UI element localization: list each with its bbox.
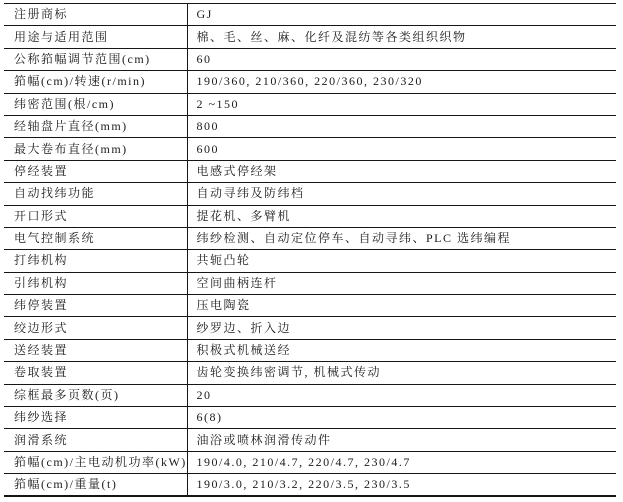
- table-row: 筘幅(cm)/重量(t)190/3.0, 210/3.2, 220/3.5, 2…: [4, 474, 616, 497]
- spec-label: 卷取装置: [4, 362, 187, 384]
- spec-label: 电气控制系统: [4, 227, 187, 249]
- table-row: 打纬机构共轭凸轮: [4, 250, 616, 272]
- spec-label: 筘幅(cm)/转速(r/min): [4, 71, 187, 93]
- spec-value: 20: [187, 384, 616, 406]
- spec-label: 筘幅(cm)/主电动机功率(kW): [4, 451, 187, 473]
- spec-label: 纬密范围(根/cm): [4, 93, 187, 115]
- spec-value: 纱罗边、折入边: [187, 317, 616, 339]
- spec-label: 经轴盘片直径(mm): [4, 115, 187, 137]
- table-row: 纬密范围(根/cm)2 ~150: [4, 93, 616, 115]
- table-row: 自动找纬功能自动寻纬及防纬档: [4, 183, 616, 205]
- table-row: 电气控制系统纬纱检测、自动定位停车、自动寻纬、PLC 选纬编程: [4, 227, 616, 249]
- spec-value: GJ: [187, 4, 616, 26]
- spec-value: 2 ~150: [187, 93, 616, 115]
- spec-value: 800: [187, 115, 616, 137]
- scanned-page: 注册商标GJ用途与适用范围棉、毛、丝、麻、化纤及混纺等各类组织织物公称筘幅调节范…: [0, 0, 623, 502]
- spec-value: 空间曲柄连杆: [187, 272, 616, 294]
- spec-label: 开口形式: [4, 205, 187, 227]
- spec-value: 60: [187, 48, 616, 70]
- table-row: 绞边形式纱罗边、折入边: [4, 317, 616, 339]
- loom-spec-table: 注册商标GJ用途与适用范围棉、毛、丝、麻、化纤及混纺等各类组织织物公称筘幅调节范…: [4, 3, 616, 497]
- spec-label: 筘幅(cm)/重量(t): [4, 474, 187, 497]
- table-row: 开口形式提花机、多臂机: [4, 205, 616, 227]
- spec-label: 纬停装置: [4, 295, 187, 317]
- table-row: 送经装置积极式机械送经: [4, 339, 616, 361]
- spec-label: 停经装置: [4, 160, 187, 182]
- spec-label: 绞边形式: [4, 317, 187, 339]
- table-row: 引纬机构空间曲柄连杆: [4, 272, 616, 294]
- table-row: 公称筘幅调节范围(cm)60: [4, 48, 616, 70]
- spec-label: 综框最多页数(页): [4, 384, 187, 406]
- table-row: 经轴盘片直径(mm)800: [4, 115, 616, 137]
- spec-value: 齿轮变换纬密调节, 机械式传动: [187, 362, 616, 384]
- table-row: 用途与适用范围棉、毛、丝、麻、化纤及混纺等各类组织织物: [4, 26, 616, 48]
- table-row: 注册商标GJ: [4, 4, 616, 26]
- spec-value: 纬纱检测、自动定位停车、自动寻纬、PLC 选纬编程: [187, 227, 616, 249]
- spec-label: 最大卷布直径(mm): [4, 138, 187, 160]
- table-row: 综框最多页数(页)20: [4, 384, 616, 406]
- table-row: 停经装置电感式停经架: [4, 160, 616, 182]
- spec-value: 提花机、多臂机: [187, 205, 616, 227]
- spec-label: 纬纱选择: [4, 407, 187, 429]
- spec-label: 送经装置: [4, 339, 187, 361]
- table-row: 筘幅(cm)/主电动机功率(kW)190/4.0, 210/4.7, 220/4…: [4, 451, 616, 473]
- spec-label: 用途与适用范围: [4, 26, 187, 48]
- table-row: 卷取装置齿轮变换纬密调节, 机械式传动: [4, 362, 616, 384]
- spec-value: 600: [187, 138, 616, 160]
- spec-label: 引纬机构: [4, 272, 187, 294]
- spec-table-body: 注册商标GJ用途与适用范围棉、毛、丝、麻、化纤及混纺等各类组织织物公称筘幅调节范…: [4, 4, 616, 497]
- spec-value: 自动寻纬及防纬档: [187, 183, 616, 205]
- table-row: 筘幅(cm)/转速(r/min)190/360, 210/360, 220/36…: [4, 71, 616, 93]
- table-row: 纬停装置压电陶瓷: [4, 295, 616, 317]
- spec-value: 棉、毛、丝、麻、化纤及混纺等各类组织织物: [187, 26, 616, 48]
- spec-value: 共轭凸轮: [187, 250, 616, 272]
- spec-value: 190/3.0, 210/3.2, 220/3.5, 230/3.5: [187, 474, 616, 497]
- spec-label: 公称筘幅调节范围(cm): [4, 48, 187, 70]
- spec-value: 电感式停经架: [187, 160, 616, 182]
- spec-value: 190/4.0, 210/4.7, 220/4.7, 230/4.7: [187, 451, 616, 473]
- spec-label: 自动找纬功能: [4, 183, 187, 205]
- spec-value: 190/360, 210/360, 220/360, 230/320: [187, 71, 616, 93]
- spec-label: 打纬机构: [4, 250, 187, 272]
- spec-value: 积极式机械送经: [187, 339, 616, 361]
- spec-value: 油浴或喷林润滑传动件: [187, 429, 616, 451]
- spec-value: 压电陶瓷: [187, 295, 616, 317]
- spec-label: 润滑系统: [4, 429, 187, 451]
- spec-label: 注册商标: [4, 4, 187, 26]
- table-row: 最大卷布直径(mm)600: [4, 138, 616, 160]
- table-row: 纬纱选择6(8): [4, 407, 616, 429]
- table-row: 润滑系统油浴或喷林润滑传动件: [4, 429, 616, 451]
- spec-value: 6(8): [187, 407, 616, 429]
